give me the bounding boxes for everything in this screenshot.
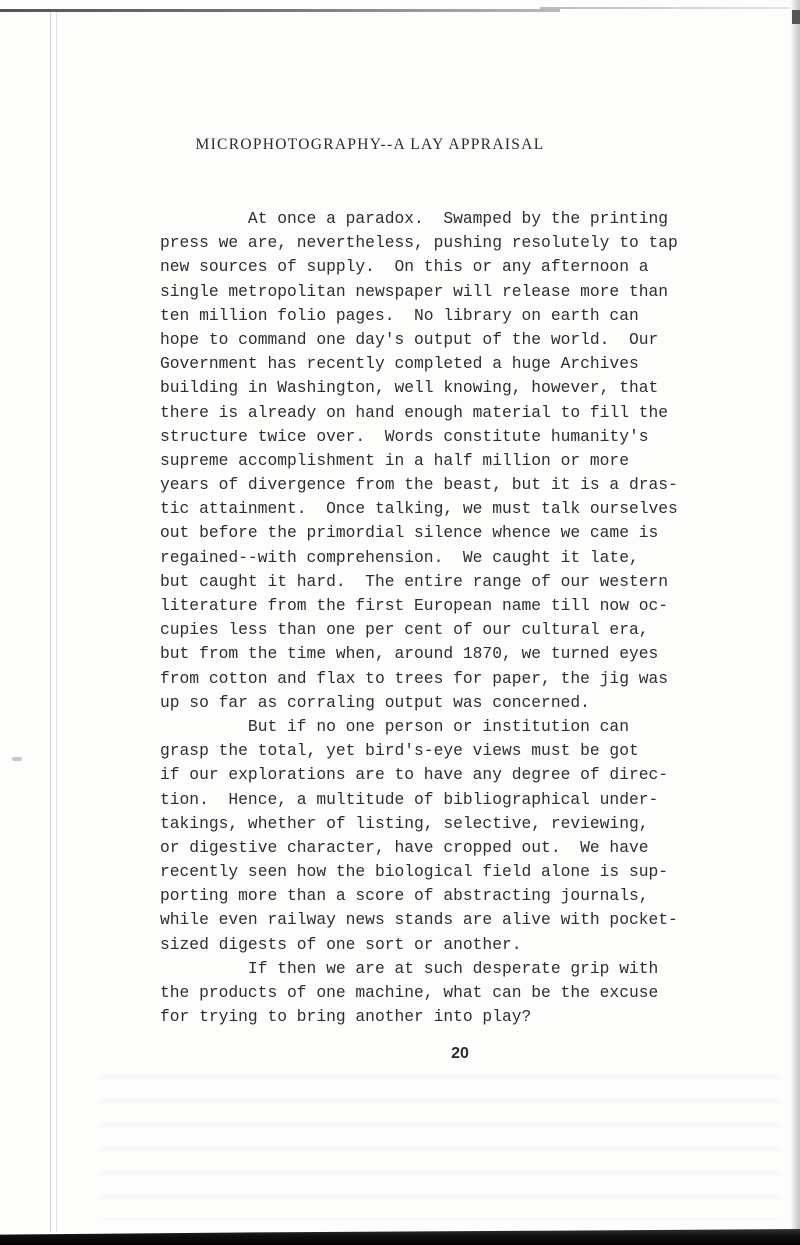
text-line: the products of one machine, what can be… bbox=[160, 981, 800, 1005]
text-line: regained--with comprehension. We caught … bbox=[160, 546, 800, 570]
page-heading: MICROPHOTOGRAPHY--A LAY APPRAISAL bbox=[0, 136, 740, 154]
text-line: building in Washington, well knowing, ho… bbox=[160, 376, 800, 400]
text-line: single metropolitan newspaper will relea… bbox=[160, 280, 800, 304]
text-line: for trying to bring another into play? bbox=[160, 1005, 800, 1029]
text-line: if our explorations are to have any degr… bbox=[160, 763, 800, 787]
text-line: or digestive character, have cropped out… bbox=[160, 836, 800, 860]
text-line: years of divergence from the beast, but … bbox=[160, 473, 800, 497]
text-line: Government has recently completed a huge… bbox=[160, 352, 800, 376]
text-line: up so far as corraling output was concer… bbox=[160, 691, 800, 715]
text-line: new sources of supply. On this or any af… bbox=[160, 255, 800, 279]
text-line: but from the time when, around 1870, we … bbox=[160, 642, 800, 666]
text-line: there is already on hand enough material… bbox=[160, 401, 800, 425]
scan-right-corner bbox=[792, 10, 800, 24]
text-line: porting more than a score of abstracting… bbox=[160, 884, 800, 908]
text-line: literature from the first European name … bbox=[160, 594, 800, 618]
text-line: while even railway news stands are alive… bbox=[160, 908, 800, 932]
page-number: 20 bbox=[0, 1045, 800, 1063]
text-line: but caught it hard. The entire range of … bbox=[160, 570, 800, 594]
text-line: If then we are at such desperate grip wi… bbox=[160, 957, 800, 981]
scan-top-edge bbox=[0, 9, 560, 12]
text-line: tion. Hence, a multitude of bibliographi… bbox=[160, 788, 800, 812]
bleed-through-ghost bbox=[100, 1060, 780, 1220]
text-line: hope to command one day's output of the … bbox=[160, 328, 800, 352]
scan-top-edge-faint bbox=[540, 7, 790, 9]
text-line: structure twice over. Words constitute h… bbox=[160, 425, 800, 449]
text-line: press we are, nevertheless, pushing reso… bbox=[160, 231, 800, 255]
text-line: out before the primordial silence whence… bbox=[160, 521, 800, 545]
text-line: grasp the total, yet bird's-eye views mu… bbox=[160, 739, 800, 763]
text-line: takings, whether of listing, selective, … bbox=[160, 812, 800, 836]
scan-bottom-edge bbox=[0, 1229, 800, 1245]
text-line: supreme accomplishment in a half million… bbox=[160, 449, 800, 473]
text-line: sized digests of one sort or another. bbox=[160, 933, 800, 957]
text-line: cupies less than one per cent of our cul… bbox=[160, 618, 800, 642]
text-line: recently seen how the biological field a… bbox=[160, 860, 800, 884]
text-line: At once a paradox. Swamped by the printi… bbox=[160, 207, 800, 231]
scanned-page: MICROPHOTOGRAPHY--A LAY APPRAISAL At onc… bbox=[0, 0, 800, 1245]
text-line: tic attainment. Once talking, we must ta… bbox=[160, 497, 800, 521]
text-line: But if no one person or institution can bbox=[160, 715, 800, 739]
body-text: At once a paradox. Swamped by the printi… bbox=[160, 207, 800, 1029]
scan-smudge bbox=[12, 757, 22, 761]
text-line: ten million folio pages. No library on e… bbox=[160, 304, 800, 328]
text-line: from cotton and flax to trees for paper,… bbox=[160, 667, 800, 691]
